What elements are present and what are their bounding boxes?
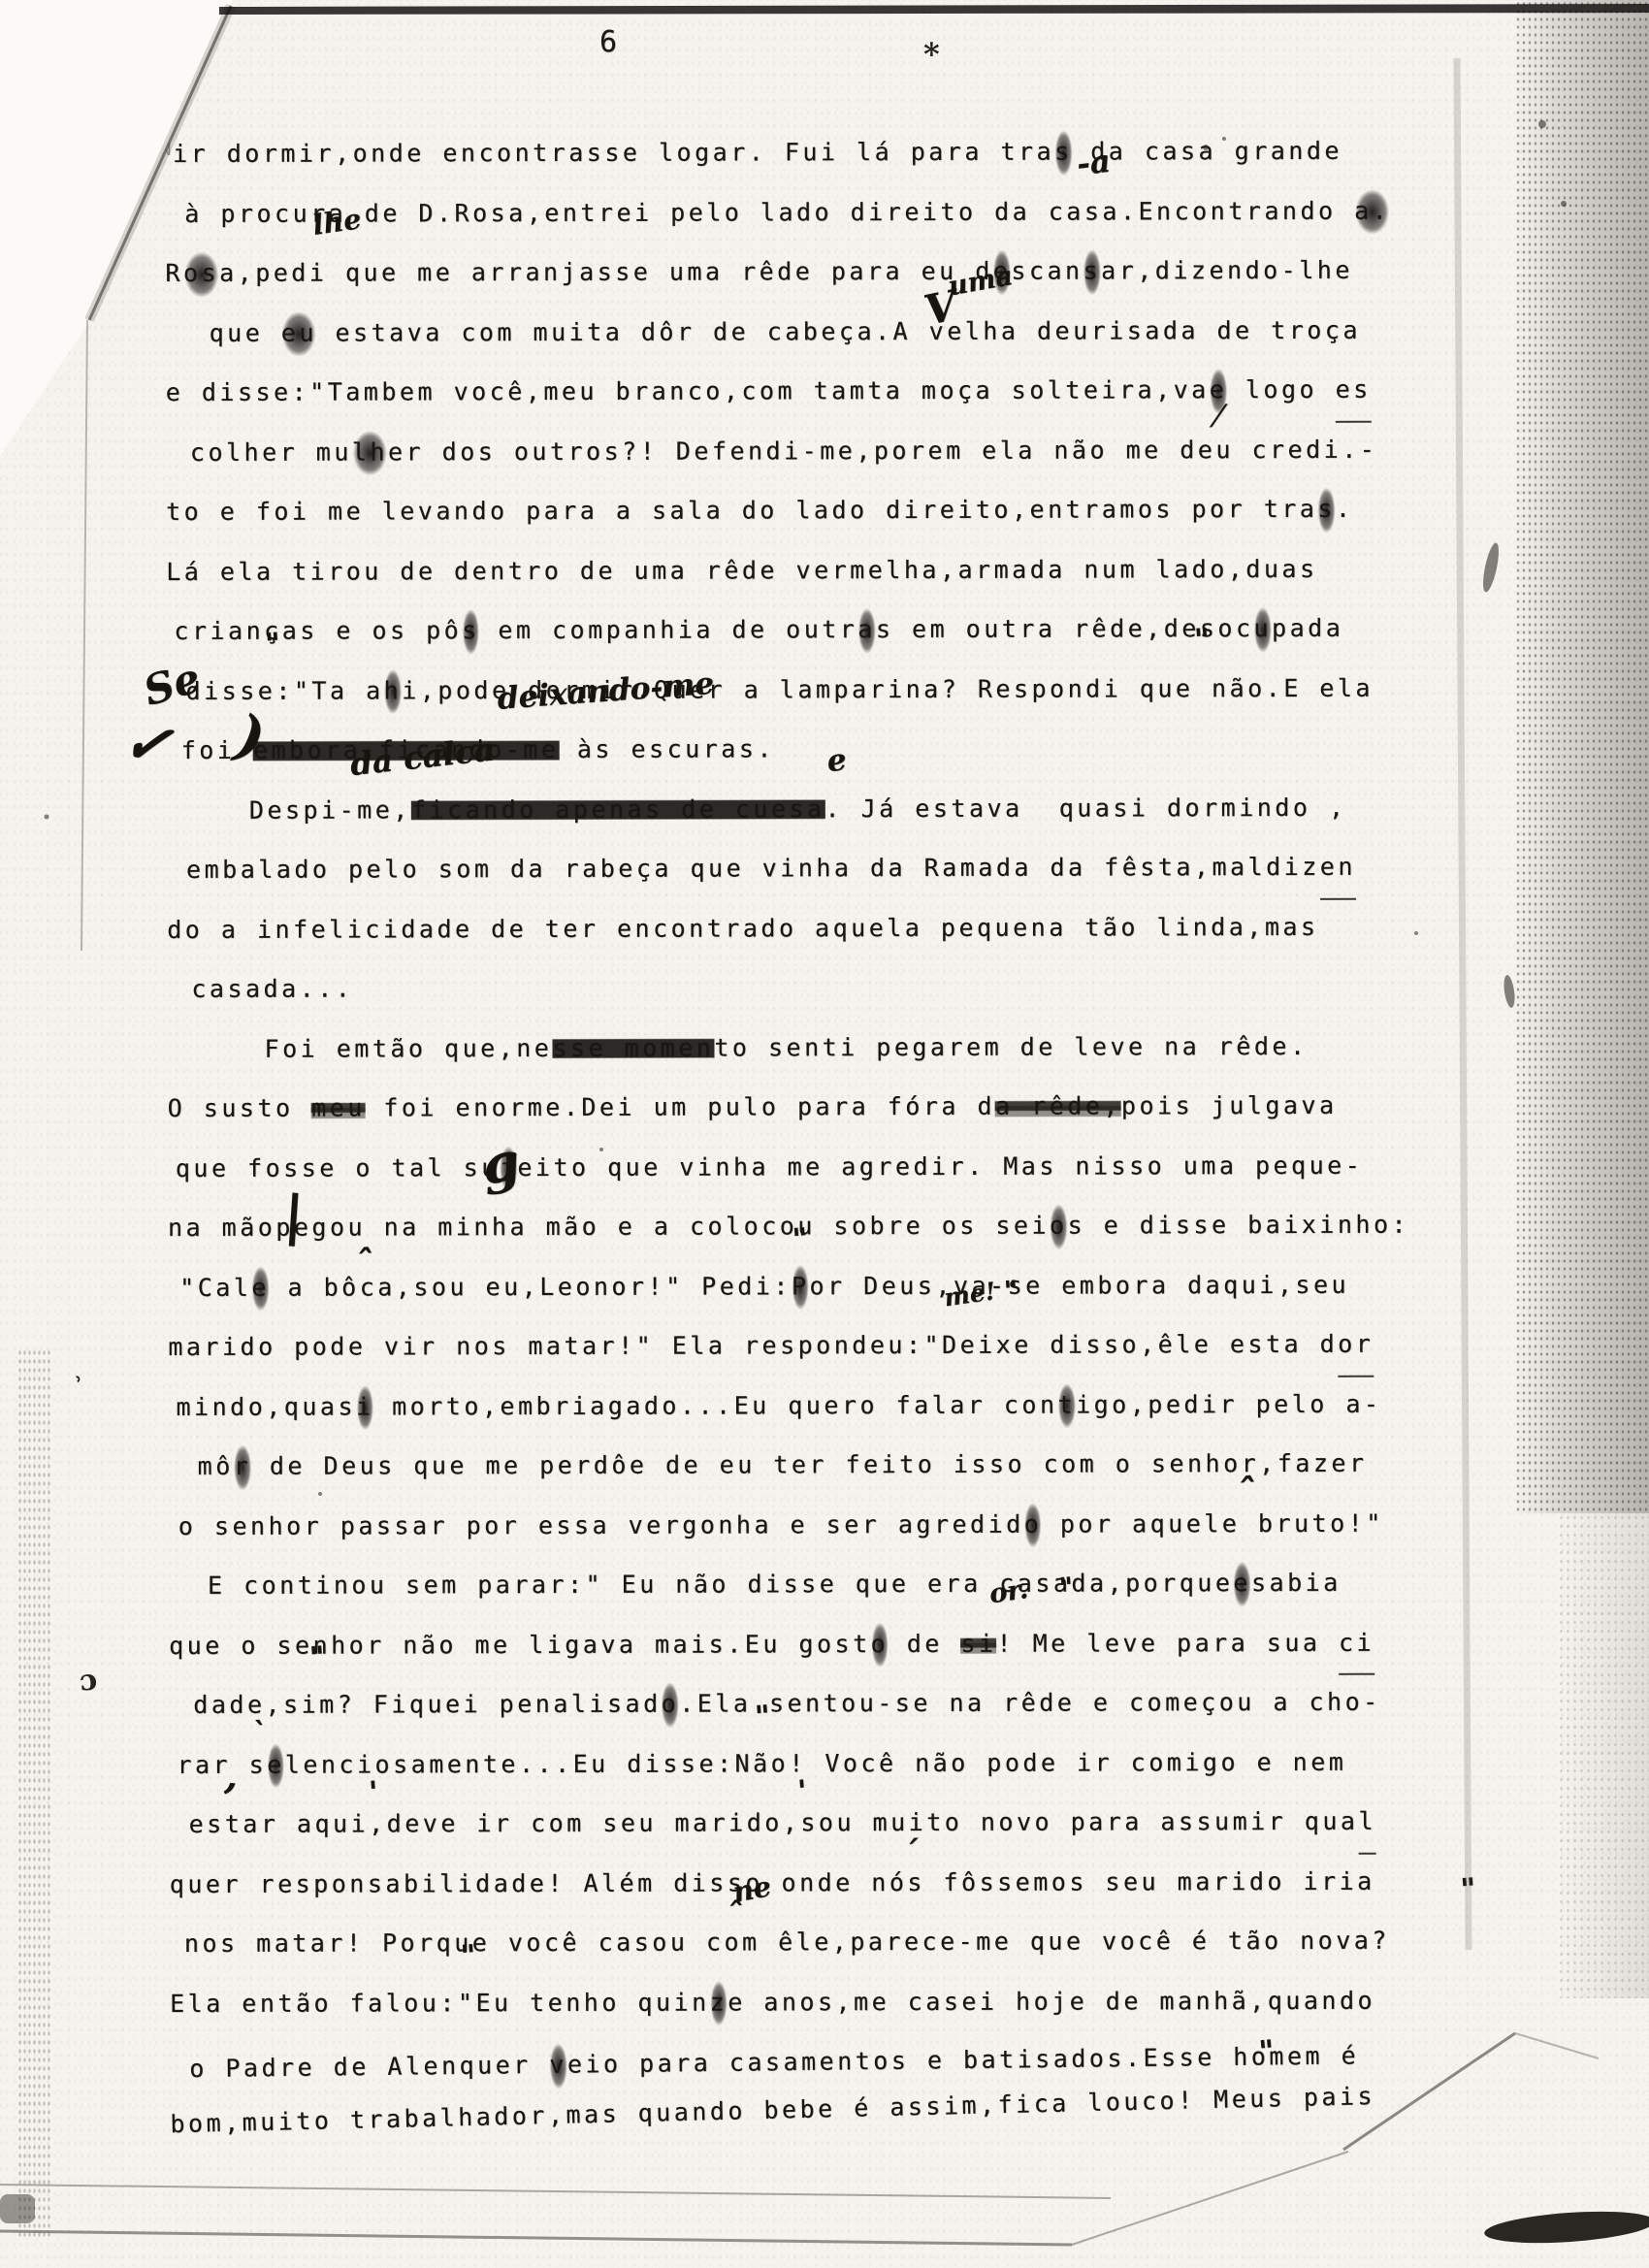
typed-text-segment: scan bbox=[1011, 242, 1083, 302]
typed-text-segment: ar,dizendo-lhe bbox=[1101, 241, 1353, 301]
typed-text-segment: de bbox=[889, 1613, 960, 1673]
handwritten-annotation: e bbox=[825, 745, 848, 777]
overstruck-text: o bbox=[662, 1674, 680, 1734]
typed-text: ir dormir,onde encontrasse logar. Fui lá… bbox=[165, 120, 1547, 2153]
handwritten-annotation: ` bbox=[251, 1719, 268, 1749]
typed-line: casada... bbox=[191, 956, 1544, 1019]
typed-line: estar aqui,deve ir com seu marido,sou mu… bbox=[189, 1791, 1547, 1854]
typed-text-segment: sabia bbox=[1251, 1553, 1342, 1613]
overstruck-text: t bbox=[1057, 1375, 1076, 1435]
overstruck-text: s bbox=[462, 600, 480, 661]
handwritten-annotation: " bbox=[1193, 625, 1211, 655]
handwritten-annotation: " bbox=[1003, 1278, 1018, 1305]
typed-text-segment: foi enorme.Dei um pulo para fóra d bbox=[366, 1077, 995, 1138]
overstruck-text: u bbox=[1253, 599, 1272, 659]
typed-text-segment: R bbox=[165, 243, 183, 304]
underlined-text: or bbox=[1338, 1314, 1374, 1377]
typed-text-segment: o senhor passar por essa vergonha e ser … bbox=[178, 1494, 1024, 1556]
overstruck-text: e bbox=[1233, 1553, 1251, 1613]
typed-line: disse:"Ta ahi,pode dormir.Quer a lampari… bbox=[185, 658, 1543, 721]
left-edge-scan-noise bbox=[17, 1348, 50, 2241]
typed-line: marido pode vir nos matar!" Ela responde… bbox=[168, 1313, 1545, 1377]
typed-text-segment: às escuras. bbox=[559, 719, 775, 779]
typed-line: dade,sim? Fiquei penalisado.Ela sentou-s… bbox=[193, 1671, 1546, 1734]
typed-text-segment: . Já estava quasi dormindo , bbox=[824, 777, 1346, 838]
handwritten-annotation: ´ bbox=[902, 1836, 921, 1869]
typed-text-segment: pois julgava bbox=[1121, 1076, 1338, 1136]
margin-ink-mark: ɔ bbox=[43, 280, 64, 310]
typed-text-segment: eito que vinha me agredir. Mas nisso uma… bbox=[517, 1135, 1363, 1197]
left-paper-edge bbox=[81, 320, 87, 951]
typed-text-segment: Despi-me, bbox=[249, 780, 411, 840]
typed-text-segment: crianças e os pô bbox=[174, 600, 462, 661]
typed-text-segment: de Deus que me perdôe de eu ter feito is… bbox=[251, 1434, 1367, 1497]
typed-text-segment: estar aqui,deve ir com seu marido,sou mu… bbox=[189, 1792, 1359, 1855]
margin-ink-mark: Ɔ bbox=[37, 340, 66, 373]
bottom-right-edge bbox=[1072, 2152, 1348, 2245]
typed-text-segment: em companhia de outr bbox=[480, 599, 858, 661]
typed-text-segment: que fosse o tal su bbox=[176, 1138, 500, 1198]
typed-text-segment: O susto bbox=[168, 1079, 312, 1139]
typed-line: embalado pelo som da rabeça que vinha da… bbox=[186, 836, 1544, 899]
typed-line: à procura de D.Rosa,entrei pelo lado dir… bbox=[184, 180, 1542, 243]
overstruck-text: s bbox=[1083, 241, 1101, 301]
typed-text-segment: quer responsabilidade! Além disso onde n… bbox=[170, 1851, 1375, 1914]
overstruck-text: os bbox=[183, 243, 219, 304]
typed-line: O susto meu foi enorme.Dei um pulo para … bbox=[168, 1075, 1545, 1138]
typed-line: ir dormir,onde encontrasse logar. Fui lá… bbox=[173, 120, 1542, 183]
handwritten-annotation: lhe bbox=[310, 205, 363, 240]
typed-text-segment: to senti pegarem de leve na rêde. bbox=[714, 1016, 1308, 1077]
typed-line: "Cale a bôca,sou eu,Leonor!" Pedi:Por De… bbox=[179, 1254, 1545, 1317]
typed-line: colher mulher dos outros?! Defendi-me,po… bbox=[190, 419, 1543, 482]
scan-top-edge bbox=[219, 4, 1649, 15]
typed-line: que o senhor não me ligava mais.Eu gosto… bbox=[169, 1612, 1546, 1675]
typed-line: quer responsabilidade! Além disso onde n… bbox=[170, 1851, 1547, 1914]
typed-text-segment: nos matar! Porque você casou com êle,par… bbox=[184, 1911, 1390, 1974]
overstruck-text: s bbox=[1054, 122, 1073, 182]
handwritten-annotation: | bbox=[282, 1187, 306, 1242]
typed-text-segment: risada de troça bbox=[1091, 300, 1361, 360]
bottom-crease-upper bbox=[0, 2185, 1111, 2198]
typed-line: nos matar! Porque você casou com êle,par… bbox=[184, 1910, 1547, 1973]
overstruck-text: o bbox=[1024, 1494, 1043, 1554]
handwritten-annotation: me! bbox=[943, 1279, 997, 1310]
handwritten-annotation: " bbox=[1058, 1574, 1074, 1602]
typed-line: que eu estava com muita dôr de cabeça.A … bbox=[209, 300, 1542, 363]
typed-text-segment: mindo,quas bbox=[176, 1377, 356, 1437]
typed-text-segment: colher mu bbox=[190, 422, 352, 482]
typed-text-segment: "Cal bbox=[179, 1257, 251, 1317]
right-edge-scan-noise-lower bbox=[1558, 1513, 1649, 1998]
margin-ink-mark: ɔ bbox=[78, 1666, 98, 1697]
handwritten-annotation: -a bbox=[1075, 145, 1112, 179]
overstruck-text: h bbox=[384, 661, 403, 721]
bottom-left-dark-mark bbox=[0, 2194, 35, 2223]
scanned-manuscript-page: 6 ir dormir,onde encontrasse logar. Fui … bbox=[0, 0, 1649, 2268]
typed-text-segment: mô bbox=[198, 1437, 234, 1497]
typed-text-segment: er dos outros?! Defendi-me,porem ela não… bbox=[388, 419, 1377, 481]
overstruck-text: e bbox=[267, 1734, 285, 1795]
typed-text-segment: que o senhor não me ligava mais.Eu gost bbox=[169, 1614, 871, 1675]
typed-text-segment: morto,embriagado...Eu quero falar con bbox=[373, 1375, 1057, 1436]
typed-text-segment: e disse:"Tambem você,meu branco,com tamt… bbox=[166, 360, 1210, 422]
typed-line: na mãopegou na minha mão e a colocou sob… bbox=[168, 1194, 1545, 1257]
overstruck-text: i bbox=[356, 1377, 374, 1437]
typed-line: do a infelicidade de ter encontrado aque… bbox=[167, 896, 1544, 959]
handwritten-annotation: " bbox=[264, 630, 281, 660]
strikethrough-text: meu bbox=[311, 1078, 366, 1138]
margin-ink-mark: * bbox=[923, 39, 940, 70]
typed-line: Lá ela tirou de dentro de uma rêde verme… bbox=[166, 538, 1543, 601]
typed-line: Ela então falou:"Eu tenho quinze anos,me… bbox=[170, 1970, 1547, 2033]
typed-line: e disse:"Tambem você,meu branco,com tamt… bbox=[166, 359, 1543, 422]
typed-text-segment: or Deus,va-se embora daqui,seu bbox=[809, 1254, 1349, 1315]
typed-text-segment: que bbox=[209, 303, 280, 363]
typed-line: môr de Deus que me perdôe de eu ter feit… bbox=[198, 1433, 1546, 1496]
typed-line: Rosa,pedi que me arranjasse uma rêde par… bbox=[165, 240, 1542, 303]
strikethrough-text: sse momen bbox=[552, 1018, 714, 1078]
typed-text-segment: .Ela sentou-se na rêde e começou a cho- bbox=[679, 1672, 1381, 1733]
typed-text-segment: lenciosamente...Eu disse:Não! Você não p… bbox=[285, 1732, 1347, 1794]
typed-line: to e foi me levando para a sala do lado … bbox=[166, 478, 1543, 541]
typed-text-segment: logo bbox=[1227, 360, 1335, 420]
handwritten-annotation: " bbox=[754, 1701, 771, 1732]
typed-text-segment: da casa grande bbox=[1073, 121, 1342, 181]
overstruck-text: eu bbox=[281, 303, 317, 363]
typed-text-segment: Foi emtão que,ne bbox=[264, 1018, 552, 1078]
overstruck-text: o bbox=[1050, 1196, 1068, 1256]
typed-text-segment: Ela então falou:"Eu tenho quin bbox=[170, 1972, 710, 2033]
overstruck-text: a bbox=[857, 599, 876, 660]
typed-text-segment: pada bbox=[1272, 599, 1343, 659]
overstruck-text: r bbox=[234, 1437, 252, 1497]
handwritten-annotation: " bbox=[308, 1643, 326, 1673]
handwritten-annotation: " bbox=[1460, 1875, 1477, 1905]
strikethrough-text: si bbox=[960, 1613, 996, 1673]
handwritten-annotation: " bbox=[460, 1941, 477, 1971]
typed-line: E continou sem parar:" Eu não disse que … bbox=[208, 1552, 1546, 1615]
typed-text-segment: E continou sem parar:" Eu não disse que … bbox=[208, 1553, 1234, 1615]
typed-text-segment: disse:"Ta a bbox=[185, 661, 383, 721]
typed-line: mindo,quasi morto,embriagado...Eu quero … bbox=[176, 1374, 1545, 1437]
overstruck-text: P bbox=[792, 1256, 810, 1316]
typed-text-segment: por aquele bruto!" bbox=[1042, 1493, 1384, 1553]
handwritten-annotation: " bbox=[792, 1224, 809, 1254]
underlined-text: en bbox=[1320, 837, 1356, 900]
overstruck-text: o bbox=[871, 1614, 889, 1674]
typed-text-segment: s e disse baixinho: bbox=[1067, 1195, 1409, 1255]
overstruck-text: s bbox=[1317, 479, 1336, 539]
typed-text-segment: casada... bbox=[191, 958, 353, 1019]
typed-text-segment: igo,pedir pelo a- bbox=[1076, 1374, 1382, 1434]
typed-line: Foi emtão que,nesse momento senti pegare… bbox=[264, 1016, 1544, 1079]
overstruck-text: e bbox=[251, 1257, 270, 1317]
typed-line: o senhor passar por essa vergonha e ser … bbox=[178, 1493, 1546, 1556]
strikethrough-text: ficando apenas de cuesa bbox=[411, 779, 825, 840]
typed-line: crianças e os pôs em companhia de outras… bbox=[174, 598, 1543, 661]
handwritten-annotation: ˆ bbox=[727, 1898, 745, 1931]
margin-ink-mark: ʾ bbox=[73, 1373, 87, 1397]
bottom-paper-edge bbox=[0, 2231, 1072, 2245]
typed-text-segment: a,pedi que me arranjasse uma rêde para e… bbox=[219, 242, 993, 304]
handwritten-annotation: " bbox=[1258, 2036, 1276, 2066]
typed-line: Despi-me,ficando apenas de cuesa. Já est… bbox=[249, 777, 1544, 840]
typed-text-segment: ! Me leve para sua bbox=[996, 1612, 1339, 1672]
typed-text-segment: e anos,me casei hoje de manhã,quando bbox=[727, 1970, 1375, 2031]
bottom-right-dark-mark bbox=[1483, 2207, 1649, 2248]
overstruck-text: lh bbox=[352, 422, 388, 482]
typed-text-segment: estava com muita dôr de cabeça.A velha d… bbox=[317, 301, 1091, 363]
handwritten-annotation: ✓ bbox=[118, 711, 177, 777]
typed-text-segment: marido pode vir nos matar!" Ela responde… bbox=[168, 1314, 1338, 1377]
typed-text-segment: do a infelicidade de ter encontrado aque… bbox=[167, 896, 1318, 959]
handwritten-annotation: or. bbox=[987, 1576, 1029, 1608]
strikethrough-text: a rêde, bbox=[995, 1076, 1121, 1136]
handwritten-annotation: ˆ bbox=[355, 1245, 374, 1280]
typed-text-segment: Lá ela tirou de dentro de uma rêde verme… bbox=[166, 538, 1317, 601]
overstruck-text: a. bbox=[1354, 180, 1390, 241]
overstruck-text: z bbox=[710, 1972, 728, 2032]
underlined-text: ci bbox=[1339, 1612, 1374, 1675]
typed-line: rar selenciosamente...Eu disse:Não! Você… bbox=[177, 1732, 1546, 1795]
typed-text-segment: embalado pelo som da rabeça que vinha da… bbox=[186, 837, 1320, 900]
typed-text-segment: to e foi me levando para a sala do lado … bbox=[166, 479, 1317, 542]
underlined-text: l bbox=[1358, 1792, 1376, 1855]
handwritten-annotation: ˆ bbox=[1236, 1474, 1256, 1511]
typed-text-segment: ir dormir,onde encontrasse logar. Fui lá… bbox=[173, 122, 1054, 184]
handwritten-annotation: g bbox=[478, 1133, 523, 1191]
page-number: 6 bbox=[599, 25, 617, 59]
typed-line: que fosse o tal sujeito que vinha me agr… bbox=[176, 1135, 1545, 1198]
underlined-text: es bbox=[1335, 360, 1371, 423]
typed-text-segment: . bbox=[1336, 479, 1354, 539]
typed-text-segment: a bôca,sou eu,Leonor!" Pedi: bbox=[270, 1256, 792, 1317]
